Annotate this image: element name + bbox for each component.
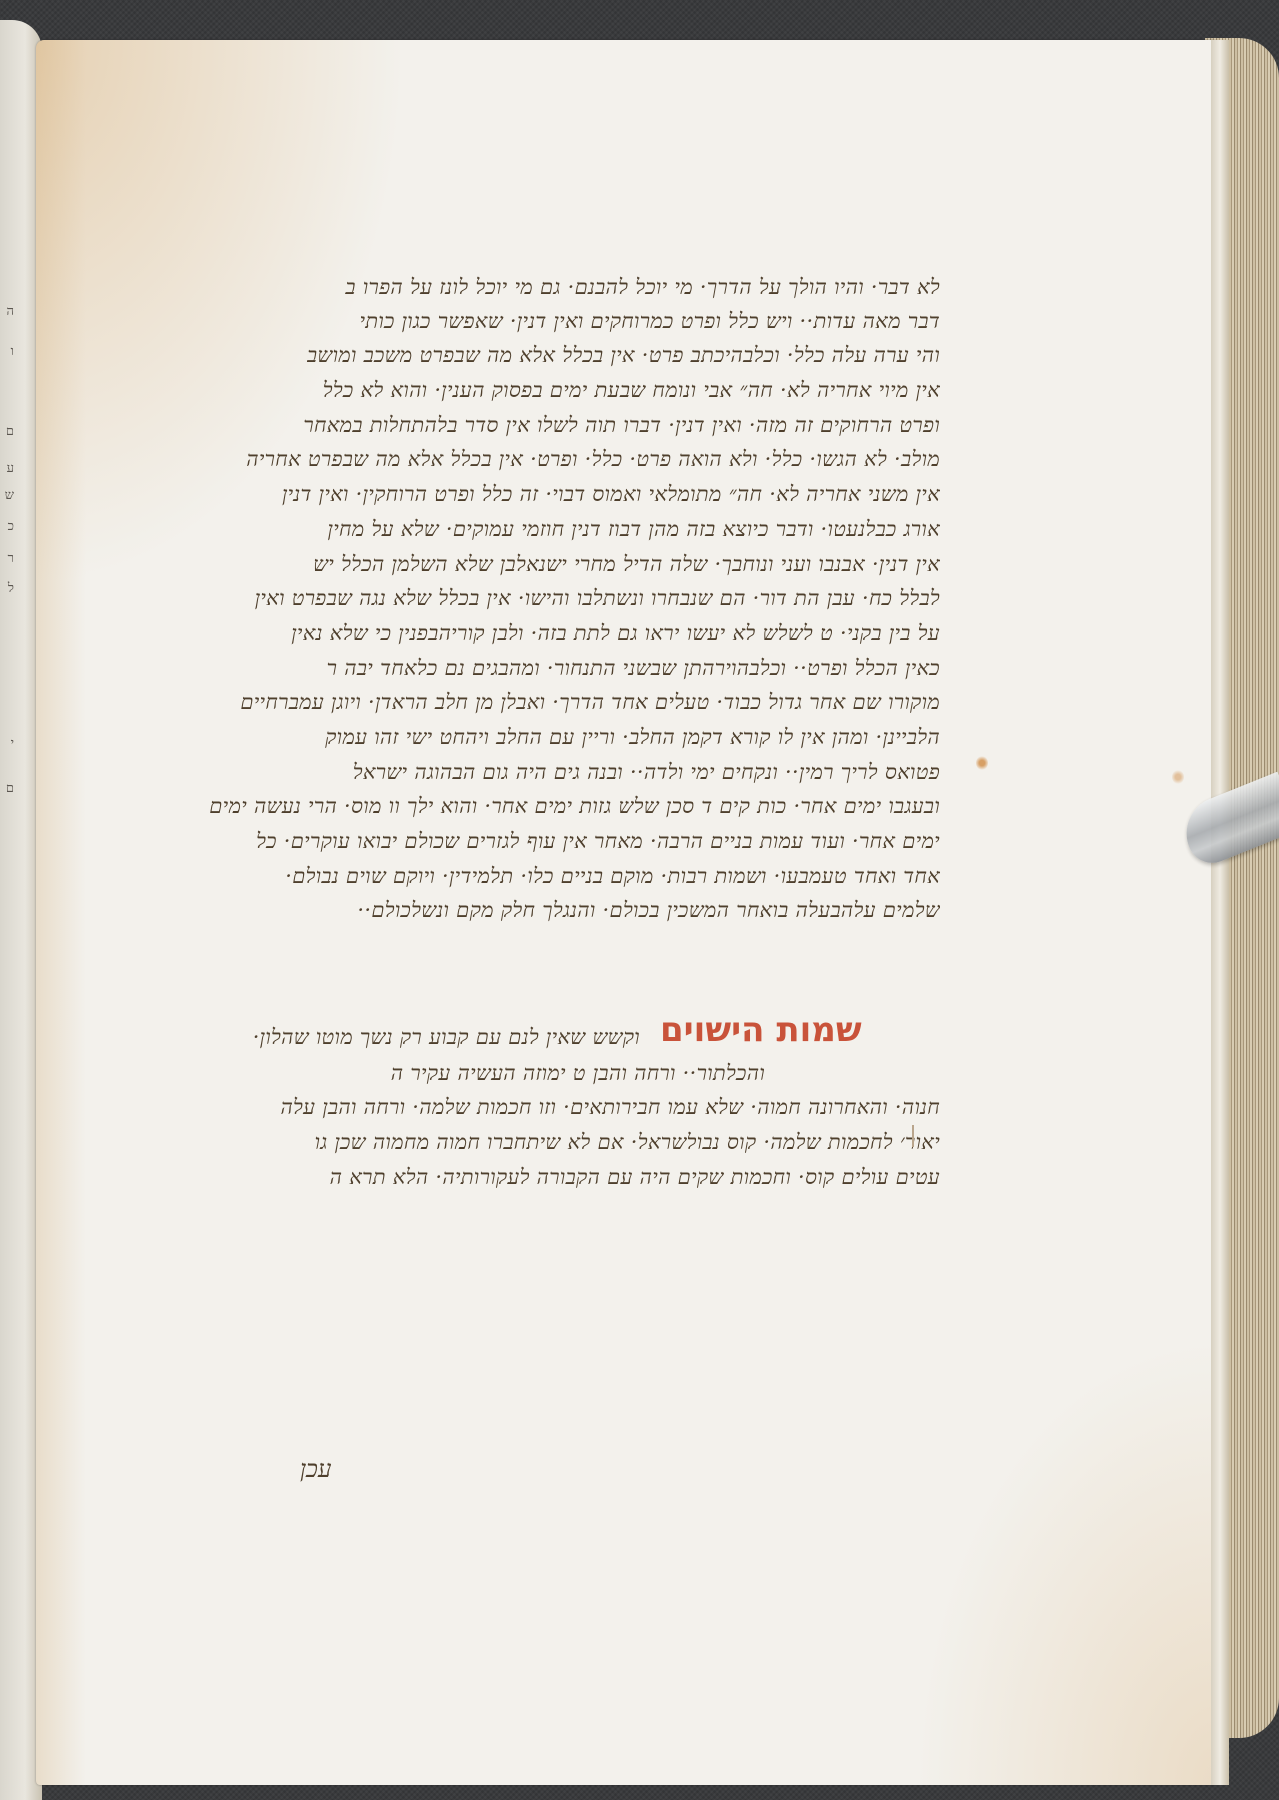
rubric-heading: שמות הישוים xyxy=(660,1010,862,1050)
text-line: חנוה· והאחרונה חמוה· שלא עמו חבירותאים· … xyxy=(280,1092,940,1122)
text-line: מולב· לא הגשו· כלל· ולא הואה פרט· כלל· ו… xyxy=(246,444,940,474)
left-page-text-fragment: כ xyxy=(0,518,14,534)
foxing-stain xyxy=(1172,770,1184,784)
text-line: אחד ואחד טעמבעו· ושמות רבות· מוקם בניים … xyxy=(285,861,940,891)
text-line: הלביינן· ומהן אין לו קורא דקמן החלב· ורי… xyxy=(325,722,940,752)
left-page-text-fragment: ע xyxy=(0,460,14,476)
text-line: ובעגבו ימים אחר· כות קים ד סכן שלש גזות … xyxy=(209,791,940,821)
catchword: עכן xyxy=(300,1455,331,1484)
text-line: והכלתור·· ורחה והבן ט ימוזה העשיה עקיר ה xyxy=(391,1058,765,1088)
left-page-text-fragment: ו xyxy=(0,343,14,359)
text-line: אורג כבלנעטו· ודבר כיוצא בזה מהן דבוז דנ… xyxy=(328,514,940,544)
ink-stain xyxy=(976,756,988,770)
text-line: והי ערה עלה כלל· וכלבהיכתב פרט· אין בכלל… xyxy=(307,340,940,370)
text-line: עטים עולים קוס· וחכמות שקים היה עם הקבור… xyxy=(330,1162,940,1192)
text-line: אין משני אחריה לא· חה״ מתומלאי ואמוס דבו… xyxy=(282,479,940,509)
text-line: יאור׳ לחכמות שלמה· קוס נבולשראל· אם לא ש… xyxy=(315,1127,940,1157)
left-page-text-fragment: ה xyxy=(0,303,14,319)
margin-mark xyxy=(912,1125,914,1147)
left-page-text-fragment: ל xyxy=(0,580,14,596)
left-page-text-fragment: י xyxy=(0,735,14,751)
text-line: דבר מאה עדות·· ויש כלל ופרט כמרוחקים ואי… xyxy=(360,306,941,336)
text-line: אין דנין· אבנבו ועני ונוחבך· שלה הדיל מח… xyxy=(313,549,940,579)
text-line: שלמים עלהבעלה בואחר המשכין בכולם· והנגלך… xyxy=(357,895,940,925)
left-page-text-fragment: ר xyxy=(0,550,14,566)
text-line: כאין הכלל ופרט·· וכלבהוירהתן שבשני התנחו… xyxy=(327,653,940,683)
text-line: לבלל כח· עבן הת דור· הם שנבחרו ונשתלבו ו… xyxy=(255,583,940,613)
text-line: לא דבר· והיו הולך על הדרך· מי יוכל להבנם… xyxy=(345,272,940,302)
page-fold-edge xyxy=(1211,40,1229,1785)
text-line: ופרט הרחוקים זה מזה· ואין דנין· דברו תוה… xyxy=(303,410,940,440)
text-line: אין מיוי אחריה לא· חה״ אבי ונומח שבעת ימ… xyxy=(323,375,940,405)
left-page-text-fragment: ם xyxy=(0,780,14,796)
text-line: מוקורו שם אחר גדול כבוד· טעלים אחד הדרך·… xyxy=(240,687,940,717)
text-line: פטואס לריך רמין·· ונקחים ימי ולדה·· ובנה… xyxy=(353,757,940,787)
text-line: על בין בקני· ט לשלש לא יעשו יראו גם לתת … xyxy=(291,618,940,648)
text-line: ימים אחר· ועוד עמות בניים הרבה· מאחר אין… xyxy=(256,826,940,856)
text-line: וקשש שאין לנם עם קבוע רק נשך מוטו שהלון· xyxy=(253,1022,640,1052)
left-page-text-fragment: ש xyxy=(0,487,14,503)
left-page-text-fragment: ם xyxy=(0,423,14,439)
